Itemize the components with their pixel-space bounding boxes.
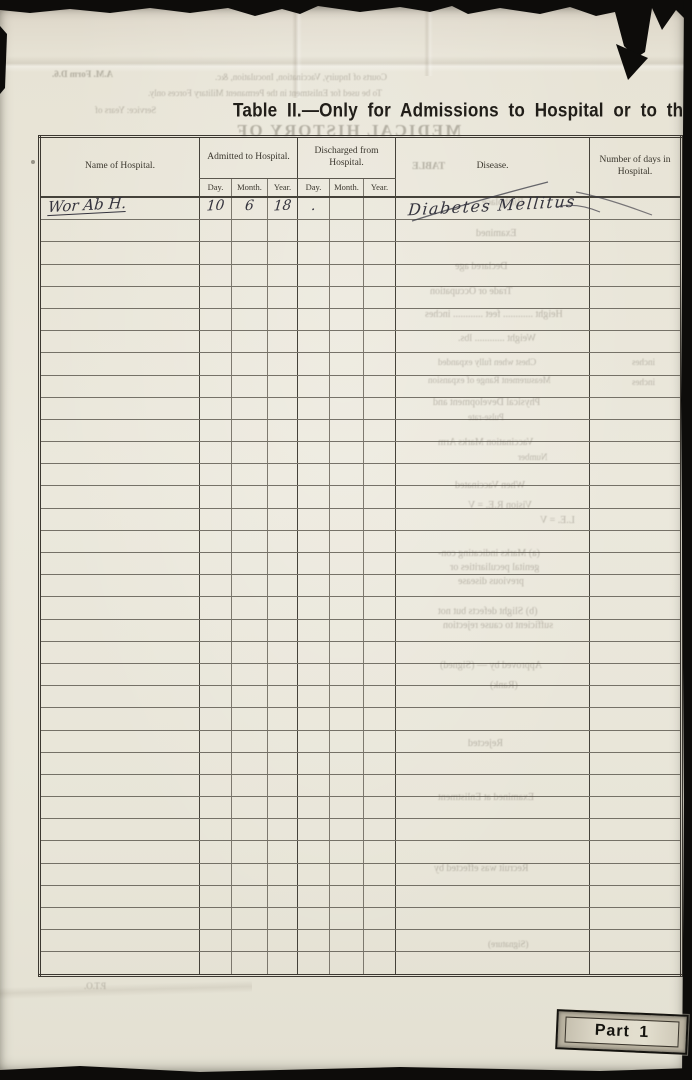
cell-disease <box>396 597 590 619</box>
cell-dd_day <box>298 308 330 330</box>
cell-ad_month <box>232 863 268 885</box>
cell-ad_day <box>200 308 232 330</box>
cell-dd_day <box>298 752 330 774</box>
cell-ad_year <box>268 308 298 330</box>
cell-dd_month <box>330 220 364 242</box>
cell-dd_day <box>298 397 330 419</box>
cell-name <box>40 752 200 774</box>
table-row <box>40 575 682 597</box>
cell-disease: Diabetes Mellitus <box>396 197 590 220</box>
cell-dd_year <box>364 464 396 486</box>
cell-dd_day <box>298 619 330 641</box>
handwritten-ad_day: 10 <box>199 197 231 215</box>
cell-ad_month: 6 <box>232 197 268 220</box>
cell-name <box>40 641 200 663</box>
cell-ad_year <box>268 774 298 796</box>
cell-ad_month <box>232 686 268 708</box>
cell-days <box>590 841 682 863</box>
cell-ad_year <box>268 863 298 885</box>
cell-ad_month <box>232 264 268 286</box>
cell-disease <box>396 575 590 597</box>
cell-dd_month <box>330 819 364 841</box>
cell-disease <box>396 442 590 464</box>
cell-ad_year <box>268 419 298 441</box>
table-row <box>40 641 682 663</box>
cell-ad_day <box>200 530 232 552</box>
table-row <box>40 553 682 575</box>
cell-ad_month <box>232 486 268 508</box>
cell-ad_day <box>200 353 232 375</box>
cell-dd_day <box>298 220 330 242</box>
handwritten-ad_month: 6 <box>231 197 267 215</box>
cell-dd_year <box>364 264 396 286</box>
cell-dd_month <box>330 553 364 575</box>
cell-dd_day <box>298 708 330 730</box>
cell-disease <box>396 375 590 397</box>
cell-ad_month <box>232 575 268 597</box>
cell-ad_year <box>268 264 298 286</box>
cell-dd_day <box>298 641 330 663</box>
cell-days <box>590 752 682 774</box>
cell-dd_year <box>364 841 396 863</box>
table-row <box>40 464 682 486</box>
cell-dd_day <box>298 530 330 552</box>
cell-ad_day <box>200 331 232 353</box>
cell-ad_day <box>200 952 232 975</box>
cell-dd_year <box>364 930 396 952</box>
cell-ad_day <box>200 930 232 952</box>
cell-days <box>590 530 682 552</box>
cell-days <box>590 242 682 264</box>
cell-dd_month <box>330 752 364 774</box>
cell-ad_year <box>268 508 298 530</box>
cell-disease <box>396 952 590 975</box>
cell-ad_day <box>200 464 232 486</box>
subcol-discharged-year: Year. <box>364 179 396 198</box>
cell-dd_year <box>364 375 396 397</box>
cell-name <box>40 242 200 264</box>
cell-disease <box>396 397 590 419</box>
cell-disease <box>396 708 590 730</box>
col-header-disease: Disease. <box>396 137 590 198</box>
cell-name: Wor Ab H. <box>40 197 200 220</box>
cell-dd_day <box>298 686 330 708</box>
cell-ad_month <box>232 553 268 575</box>
cell-dd_year <box>364 242 396 264</box>
col-header-discharged: Discharged from Hospital. <box>298 137 396 179</box>
table-row <box>40 419 682 441</box>
cell-name <box>40 375 200 397</box>
cell-dd_month <box>330 197 364 220</box>
cell-days <box>590 419 682 441</box>
cell-dd_day <box>298 286 330 308</box>
cell-dd_month <box>330 508 364 530</box>
cell-dd_day <box>298 464 330 486</box>
cell-days <box>590 264 682 286</box>
cell-ad_day <box>200 397 232 419</box>
cell-dd_day: . <box>298 197 330 220</box>
cell-dd_year <box>364 774 396 796</box>
cell-dd_month <box>330 264 364 286</box>
cell-dd_month <box>330 331 364 353</box>
cell-days <box>590 730 682 752</box>
cell-dd_year <box>364 730 396 752</box>
table-row <box>40 708 682 730</box>
subcol-admitted-year: Year. <box>268 179 298 198</box>
cell-name <box>40 774 200 796</box>
cell-disease <box>396 553 590 575</box>
cell-ad_day <box>200 575 232 597</box>
cell-name <box>40 508 200 530</box>
cell-ad_month <box>232 797 268 819</box>
cell-name <box>40 442 200 464</box>
cell-dd_year <box>364 863 396 885</box>
cell-dd_day <box>298 797 330 819</box>
cell-ad_year <box>268 375 298 397</box>
cell-dd_day <box>298 908 330 930</box>
cell-name <box>40 730 200 752</box>
cell-dd_month <box>330 308 364 330</box>
cell-dd_year <box>364 308 396 330</box>
cell-ad_year <box>268 486 298 508</box>
table-row <box>40 264 682 286</box>
cell-dd_month <box>330 464 364 486</box>
cell-ad_day <box>200 730 232 752</box>
table-row <box>40 619 682 641</box>
horizontal-crease <box>0 56 692 72</box>
table-row <box>40 220 682 242</box>
cell-ad_month <box>232 397 268 419</box>
col-header-admitted: Admitted to Hospital. <box>200 137 298 179</box>
cell-ad_year <box>268 575 298 597</box>
cell-ad_day <box>200 264 232 286</box>
cell-ad_month <box>232 641 268 663</box>
cell-name <box>40 597 200 619</box>
table-row <box>40 863 682 885</box>
cell-ad_day <box>200 797 232 819</box>
cell-disease <box>396 264 590 286</box>
cell-dd_month <box>330 841 364 863</box>
cell-dd_month <box>330 774 364 796</box>
cell-days <box>590 908 682 930</box>
cell-disease <box>396 730 590 752</box>
cell-days <box>590 863 682 885</box>
table-row <box>40 908 682 930</box>
cell-days <box>590 930 682 952</box>
cell-days <box>590 286 682 308</box>
cell-ad_day <box>200 819 232 841</box>
cell-name <box>40 308 200 330</box>
cell-dd_year <box>364 797 396 819</box>
cell-name <box>40 553 200 575</box>
cell-dd_day <box>298 353 330 375</box>
cell-ad_day <box>200 863 232 885</box>
cell-dd_month <box>330 952 364 975</box>
cell-ad_year <box>268 952 298 975</box>
cell-days <box>590 952 682 975</box>
cell-ad_month <box>232 220 268 242</box>
cell-dd_year <box>364 686 396 708</box>
cell-ad_day <box>200 597 232 619</box>
cell-ad_year <box>268 220 298 242</box>
cell-dd_day <box>298 597 330 619</box>
cell-dd_month <box>330 930 364 952</box>
cell-ad_month <box>232 708 268 730</box>
cell-name <box>40 264 200 286</box>
cell-ad_day <box>200 419 232 441</box>
cell-name <box>40 797 200 819</box>
cell-dd_day <box>298 242 330 264</box>
cell-days <box>590 597 682 619</box>
cell-ad_year <box>268 686 298 708</box>
cell-dd_month <box>330 353 364 375</box>
cell-days <box>590 641 682 663</box>
cell-disease <box>396 242 590 264</box>
table-body: Wor Ab H.10618.Diabetes Mellitus <box>40 197 682 975</box>
cell-name <box>40 930 200 952</box>
cell-dd_day <box>298 819 330 841</box>
cell-disease <box>396 885 590 907</box>
handwritten-dd_day: . <box>297 197 329 215</box>
cell-name <box>40 575 200 597</box>
admissions-table-grid: Name of Hospital. Admitted to Hospital. … <box>38 135 683 977</box>
cell-disease <box>396 908 590 930</box>
cell-dd_day <box>298 264 330 286</box>
cell-ad_month <box>232 752 268 774</box>
cell-dd_month <box>330 730 364 752</box>
table-row <box>40 397 682 419</box>
table-row <box>40 797 682 819</box>
cell-ad_year <box>268 530 298 552</box>
cell-dd_month <box>330 708 364 730</box>
table-row <box>40 841 682 863</box>
cell-days <box>590 708 682 730</box>
cell-ad_year <box>268 242 298 264</box>
cell-ad_year <box>268 397 298 419</box>
cell-dd_year <box>364 486 396 508</box>
cell-dd_month <box>330 686 364 708</box>
cell-dd_day <box>298 419 330 441</box>
table-row <box>40 730 682 752</box>
table-row <box>40 663 682 685</box>
cell-dd_month <box>330 375 364 397</box>
cell-dd_day <box>298 553 330 575</box>
cell-disease <box>396 641 590 663</box>
cell-disease <box>396 508 590 530</box>
cell-days <box>590 308 682 330</box>
cell-name <box>40 619 200 641</box>
cell-disease <box>396 530 590 552</box>
cell-disease <box>396 797 590 819</box>
cell-disease <box>396 863 590 885</box>
cell-days <box>590 220 682 242</box>
cell-dd_day <box>298 442 330 464</box>
cell-dd_day <box>298 575 330 597</box>
cell-dd_day <box>298 486 330 508</box>
cell-dd_month <box>330 486 364 508</box>
cell-dd_year <box>364 641 396 663</box>
diagonal-crease <box>0 980 252 999</box>
cell-disease <box>396 841 590 863</box>
cell-ad_month <box>232 819 268 841</box>
cell-name <box>40 885 200 907</box>
cell-dd_day <box>298 952 330 975</box>
cell-dd_year <box>364 952 396 975</box>
cell-ad_month <box>232 375 268 397</box>
cell-dd_month <box>330 619 364 641</box>
cell-ad_month <box>232 508 268 530</box>
table-row <box>40 375 682 397</box>
cell-disease <box>396 353 590 375</box>
col-header-hospital-name: Name of Hospital. <box>40 137 200 198</box>
cell-ad_day <box>200 908 232 930</box>
cell-days <box>590 553 682 575</box>
cell-name <box>40 686 200 708</box>
cell-name <box>40 530 200 552</box>
cell-days <box>590 619 682 641</box>
col-header-days: Number of days in Hospital. <box>590 137 682 198</box>
cell-days <box>590 508 682 530</box>
cell-disease <box>396 286 590 308</box>
cell-dd_year <box>364 353 396 375</box>
cell-days <box>590 331 682 353</box>
table-row <box>40 930 682 952</box>
cell-name <box>40 464 200 486</box>
cell-dd_day <box>298 730 330 752</box>
cell-ad_month <box>232 353 268 375</box>
cell-name <box>40 220 200 242</box>
cell-ad_year <box>268 908 298 930</box>
table-row <box>40 331 682 353</box>
cell-dd_year <box>364 286 396 308</box>
cell-ad_day <box>200 686 232 708</box>
cell-name <box>40 353 200 375</box>
cell-dd_day <box>298 375 330 397</box>
cell-dd_year <box>364 530 396 552</box>
table-row <box>40 597 682 619</box>
cell-ad_year <box>268 797 298 819</box>
cell-dd_month <box>330 575 364 597</box>
cell-days <box>590 464 682 486</box>
table-row <box>40 952 682 975</box>
cell-dd_year <box>364 819 396 841</box>
cell-ad_year <box>268 841 298 863</box>
cell-ad_day <box>200 486 232 508</box>
cell-ad_month <box>232 908 268 930</box>
cell-ad_day <box>200 242 232 264</box>
cell-days <box>590 797 682 819</box>
cell-dd_year <box>364 885 396 907</box>
cell-dd_year <box>364 708 396 730</box>
cell-dd_year <box>364 397 396 419</box>
cell-ad_month <box>232 530 268 552</box>
cell-dd_year <box>364 575 396 597</box>
cell-dd_month <box>330 885 364 907</box>
cell-disease <box>396 486 590 508</box>
cell-ad_day <box>200 774 232 796</box>
table-row <box>40 752 682 774</box>
page-title: Table II.—Only for Admissions to Hospita… <box>233 99 651 122</box>
cell-ad_day <box>200 286 232 308</box>
table-row <box>40 774 682 796</box>
cell-ad_year <box>268 819 298 841</box>
table-row <box>40 286 682 308</box>
cell-disease <box>396 331 590 353</box>
cell-dd_year <box>364 331 396 353</box>
subcol-discharged-day: Day. <box>298 179 330 198</box>
admissions-table: Name of Hospital. Admitted to Hospital. … <box>38 135 683 977</box>
cell-ad_year <box>268 885 298 907</box>
cell-ad_year <box>268 353 298 375</box>
vertical-fold-crease <box>292 12 302 98</box>
cell-dd_month <box>330 597 364 619</box>
cell-dd_month <box>330 797 364 819</box>
cell-name <box>40 819 200 841</box>
cell-dd_day <box>298 774 330 796</box>
cell-disease <box>396 619 590 641</box>
cell-ad_month <box>232 242 268 264</box>
cell-dd_month <box>330 242 364 264</box>
table-row <box>40 308 682 330</box>
cell-name <box>40 486 200 508</box>
cell-dd_day <box>298 508 330 530</box>
cell-disease <box>396 819 590 841</box>
cell-ad_day <box>200 220 232 242</box>
cell-ad_month <box>232 930 268 952</box>
table-row <box>40 353 682 375</box>
cell-ad_day <box>200 641 232 663</box>
cell-dd_day <box>298 863 330 885</box>
cell-dd_month <box>330 419 364 441</box>
cell-dd_month <box>330 863 364 885</box>
cell-dd_month <box>330 641 364 663</box>
handwritten-name: Wor Ab H. <box>47 194 127 216</box>
cell-dd_month <box>330 663 364 685</box>
subcol-admitted-day: Day. <box>200 179 232 198</box>
cell-ad_month <box>232 308 268 330</box>
cell-dd_year <box>364 508 396 530</box>
cell-disease <box>396 419 590 441</box>
cell-name <box>40 663 200 685</box>
cell-ad_day <box>200 553 232 575</box>
cell-dd_day <box>298 331 330 353</box>
part-label-holder: Part 1 <box>555 1009 689 1055</box>
cell-days <box>590 885 682 907</box>
cell-ad_year <box>268 331 298 353</box>
cell-dd_month <box>330 908 364 930</box>
cell-disease <box>396 752 590 774</box>
cell-disease <box>396 930 590 952</box>
cell-ad_month <box>232 286 268 308</box>
cell-ad_day <box>200 752 232 774</box>
cell-days <box>590 663 682 685</box>
cell-days <box>590 197 682 220</box>
vertical-fold-crease-2 <box>424 12 433 76</box>
cell-dd_year <box>364 197 396 220</box>
cell-name <box>40 708 200 730</box>
cell-ad_month <box>232 331 268 353</box>
cell-dd_year <box>364 619 396 641</box>
cell-ad_month <box>232 464 268 486</box>
cell-days <box>590 575 682 597</box>
table-row <box>40 442 682 464</box>
cell-days <box>590 686 682 708</box>
cell-disease <box>396 663 590 685</box>
cell-dd_year <box>364 908 396 930</box>
cell-days <box>590 774 682 796</box>
cell-ad_month <box>232 730 268 752</box>
cell-disease <box>396 308 590 330</box>
